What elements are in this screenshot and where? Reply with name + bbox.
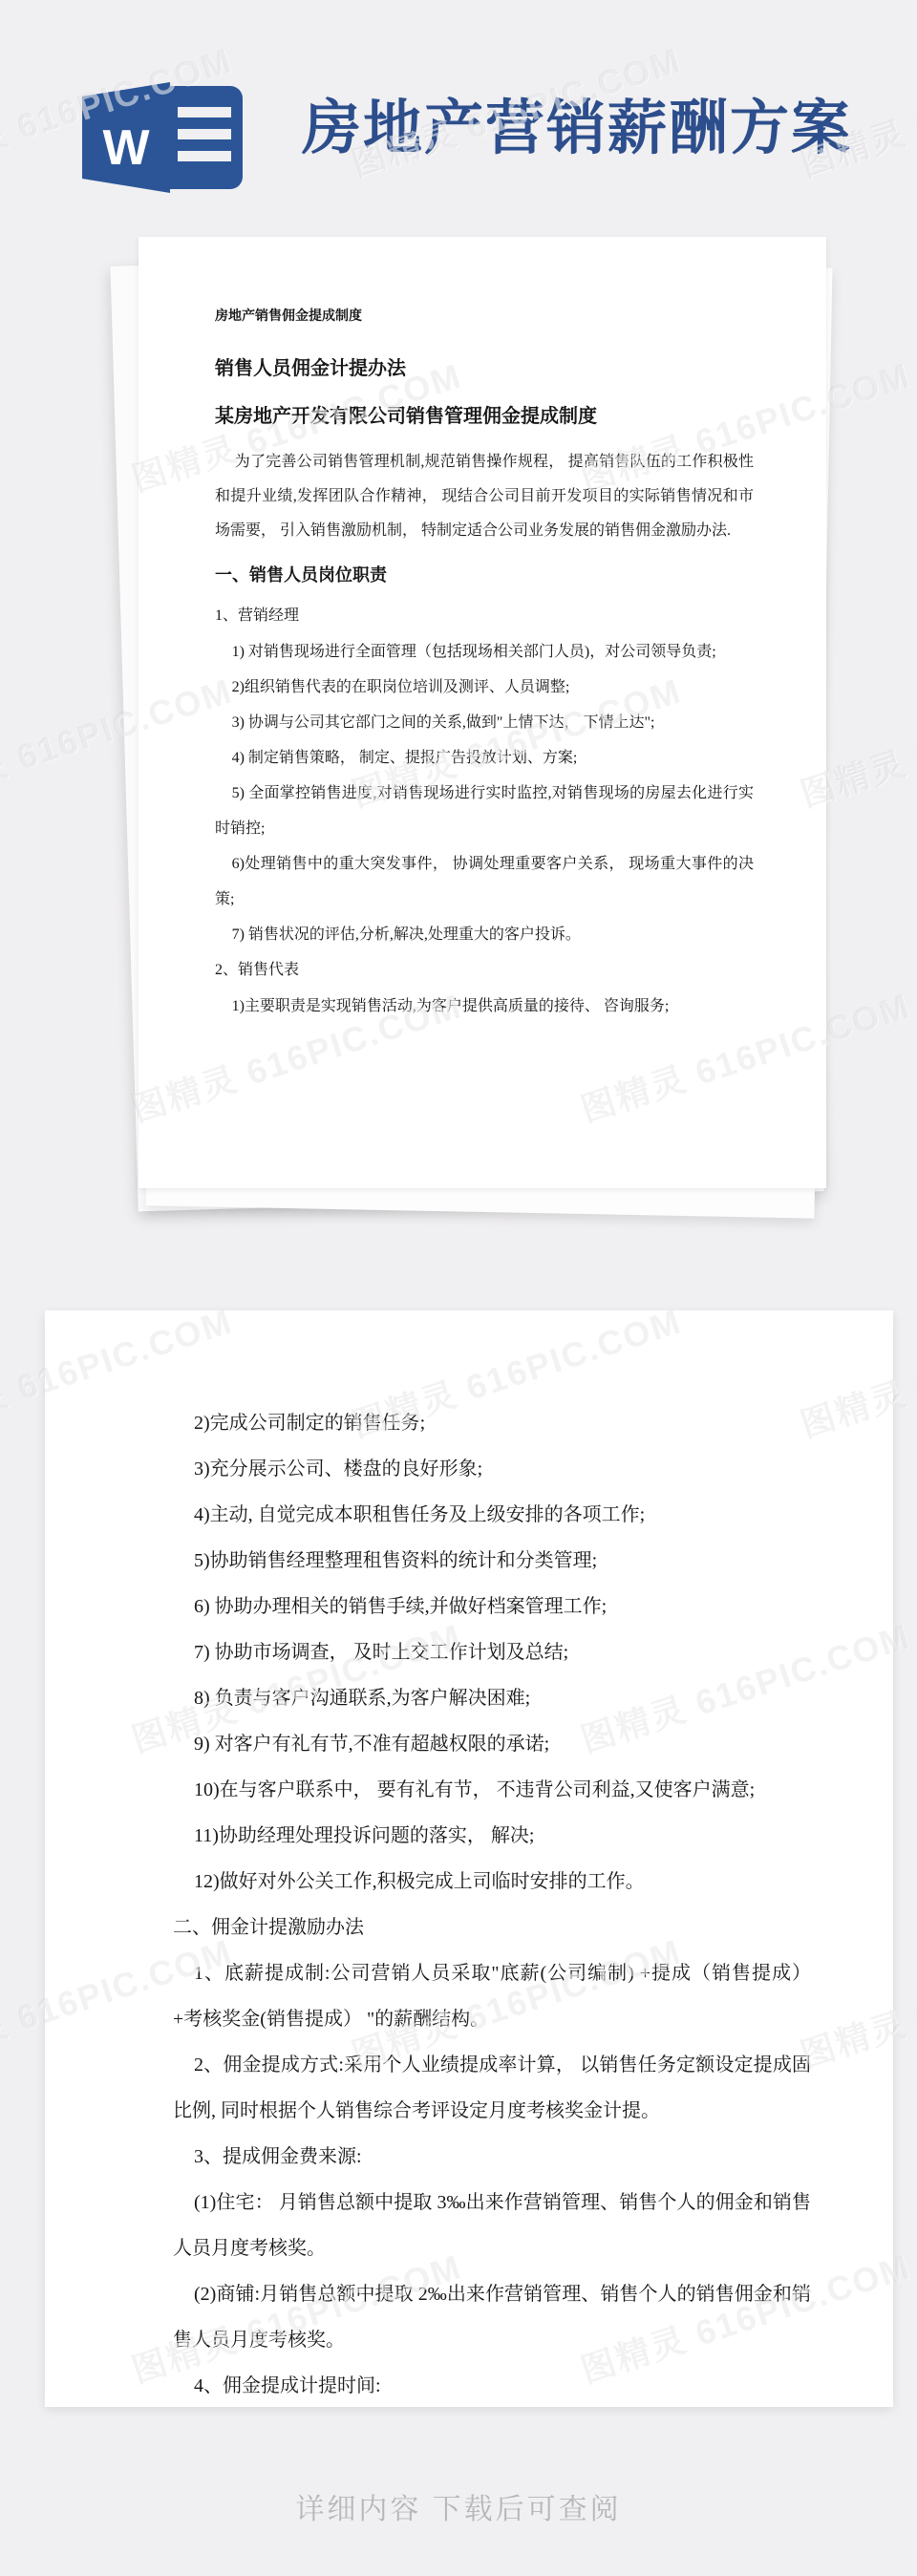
doc-line: 6) 协助办理相关的销售手续,并做好档案管理工作; xyxy=(173,1584,811,1629)
doc-section-2-title: 二、佣金计提激励办法 xyxy=(173,1905,811,1950)
doc-line: 1、底薪提成制:公司营销人员采取"底薪(公司编制) +提成（销售提成） +考核奖… xyxy=(173,1950,811,2042)
doc-line: 7) 协助市场调查， 及时上交工作计划及总结; xyxy=(173,1629,811,1675)
doc-role-1-items: 1) 对销售现场进行全面管理（包括现场相关部门人员)，对公司领导负责;2)组织销… xyxy=(215,634,754,952)
doc-line: 8) 负责与客户沟通联系,为客户解决困难; xyxy=(173,1675,811,1721)
word-logo-svg: W xyxy=(82,80,246,195)
doc-line: 3) 协调与公司其它部门之间的关系,做到"上情下达， 下情上达"; xyxy=(215,705,754,740)
doc-line: 1)主要职责是实现销售活动,为客户提供高质量的接待、 咨询服务; xyxy=(215,989,754,1024)
page-2-content: 2)完成公司制定的销售任务;3)充分展示公司、楼盘的良好形象;4)主动, 自觉完… xyxy=(45,1310,893,2407)
doc-line: (2)商铺:月销售总额中提取 2‰出来作营销管理、销售个人的销售佣金和销售人员月… xyxy=(173,2271,811,2363)
doc-line: 4、佣金提成计提时间: xyxy=(173,2363,811,2407)
page-1-content: 房地产销售佣金提成制度 销售人员佣金计提办法 某房地产开发有限公司销售管理佣金提… xyxy=(139,237,826,1024)
page-title: 房地产营销薪酬方案 xyxy=(302,80,875,153)
document-preview-page-1: 房地产销售佣金提成制度 销售人员佣金计提办法 某房地产开发有限公司销售管理佣金提… xyxy=(139,237,826,1188)
footer-note: 详细内容 下载后可查阅 xyxy=(0,2485,917,2527)
doc-line: 1) 对销售现场进行全面管理（包括现场相关部门人员)，对公司领导负责; xyxy=(215,634,754,670)
doc-line: 3)充分展示公司、楼盘的良好形象; xyxy=(173,1446,811,1492)
doc-line: 2)完成公司制定的销售任务; xyxy=(173,1400,811,1446)
doc-line: 6)处理销售中的重大突发事件， 协调处理重要客户关系， 现场重大事件的决策; xyxy=(215,846,754,917)
doc-role-2-title: 2、销售代表 xyxy=(215,952,754,989)
doc-line: 10)在与客户联系中， 要有礼有节， 不违背公司利益,又使客户满意; xyxy=(173,1767,811,1813)
doc-line: 3、提成佣金费来源: xyxy=(173,2134,811,2180)
document-preview-page-1-stack: 房地产销售佣金提成制度 销售人员佣金计提办法 某房地产开发有限公司销售管理佣金提… xyxy=(122,237,829,1235)
doc-intro-paragraph: 为了完善公司销售管理机制,规范销售操作规程， 提高销售队伍的工作积极性和提升业绩… xyxy=(215,445,754,548)
doc-line: 2、佣金提成方式:采用个人业绩提成率计算， 以销售任务定额设定提成固比例, 同时… xyxy=(173,2042,811,2134)
word-logo-icon: W xyxy=(82,80,246,195)
doc-line: 2)组织销售代表的在职岗位培训及测评、人员调整; xyxy=(215,670,754,705)
doc-line: 4)主动, 自觉完成本职租售任务及上级安排的各项工作; xyxy=(173,1492,811,1538)
doc-duty-items: 2)完成公司制定的销售任务;3)充分展示公司、楼盘的良好形象;4)主动, 自觉完… xyxy=(173,1400,811,1905)
doc-commission-items: 1、底薪提成制:公司营销人员采取"底薪(公司编制) +提成（销售提成） +考核奖… xyxy=(173,1950,811,2407)
doc-small-title: 房地产销售佣金提成制度 xyxy=(215,306,754,325)
doc-role-1-title: 1、营销经理 xyxy=(215,598,754,634)
doc-line: 5)协助销售经理整理租售资料的统计和分类管理; xyxy=(173,1538,811,1584)
document-preview-page-2: 2)完成公司制定的销售任务;3)充分展示公司、楼盘的良好形象;4)主动, 自觉完… xyxy=(45,1310,893,2407)
doc-line: 5) 全面掌控销售进度,对销售现场进行实时监控,对销售现场的房屋去化进行实时销控… xyxy=(215,776,754,846)
doc-heading-1: 销售人员佣金计提办法 xyxy=(215,353,754,384)
doc-line: 12)做好对外公关工作,积极完成上司临时安排的工作。 xyxy=(173,1859,811,1905)
doc-line: 11)协助经理处理投诉问题的落实， 解决; xyxy=(173,1813,811,1859)
page-header: W 房地产营销薪酬方案 xyxy=(0,0,917,201)
doc-section-1-title: 一、销售人员岗位职责 xyxy=(215,558,754,592)
doc-line: 7) 销售状况的评估,分析,解决,处理重大的客户投诉。 xyxy=(215,917,754,952)
doc-role-2-items: 1)主要职责是实现销售活动,为客户提供高质量的接待、 咨询服务; xyxy=(215,989,754,1024)
doc-heading-2: 某房地产开发有限公司销售管理佣金提成制度 xyxy=(215,401,754,432)
doc-line: (1)住宅： 月销售总额中提取 3‰出来作营销管理、销售个人的佣金和销售人员月度… xyxy=(173,2180,811,2271)
doc-line: 9) 对客户有礼有节,不准有超越权限的承诺; xyxy=(173,1721,811,1767)
word-logo-letter: W xyxy=(102,120,150,176)
doc-line: 4) 制定销售策略， 制定、提报广告投放计划、方案; xyxy=(215,740,754,776)
